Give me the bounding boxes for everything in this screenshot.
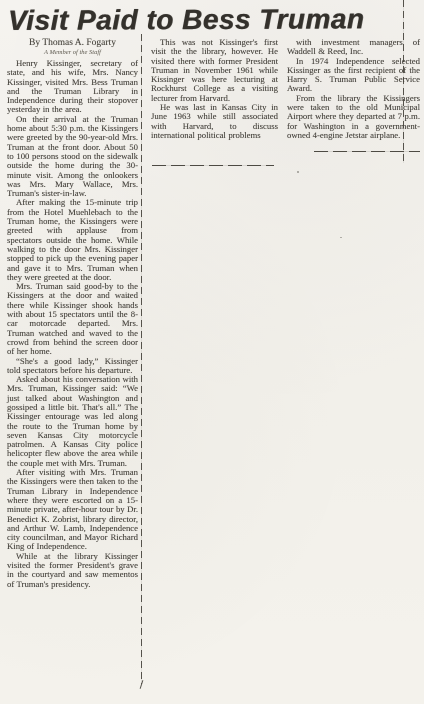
article-paragraph: After visiting with Mrs. Truman the Kiss… [7,468,138,552]
article-paragraph: He was last in Kansas City in June 1963 … [151,103,278,140]
article-headline: Visit Paid to Bess Truman [8,3,420,37]
article-paragraph: “She's a good lady,” Kissinger told spec… [7,357,138,376]
scan-speck [127,296,129,298]
article-paragraph: This was not Kissinger's first visit the… [151,38,278,103]
column-divider-rule [141,34,142,684]
article-column-1: By Thomas A. Fogarty A Member of the Sta… [7,38,138,589]
article-paragraph: While at the library Kissinger visited t… [7,552,138,589]
newspaper-clipping: Visit Paid to Bess Truman By Thomas A. F… [0,0,424,704]
byline: By Thomas A. Fogarty [7,38,138,48]
article-paragraph: After making the 15-minute trip from the… [7,198,138,282]
scan-speck [340,237,342,238]
article-column-3: with investment managers of Waddell & Re… [287,38,420,140]
article-paragraph: with investment managers of Waddell & Re… [287,38,420,57]
article-paragraph: Mrs. Truman said good-by to the Kissinge… [7,282,138,356]
article-paragraph: Henry Kissinger, secretary of state, and… [7,59,138,115]
scan-speck [297,171,299,173]
article-column-2: This was not Kissinger's first visit the… [151,38,278,140]
article-paragraph: In 1974 Independence selected Kissinger … [287,57,420,94]
byline-subtitle: A Member of the Staff [7,49,138,56]
column-2-end-rule [152,165,274,166]
article-paragraph: On their arrival at the Truman home abou… [7,115,138,199]
article-paragraph: From the library the Kissingers were tak… [287,94,420,140]
column-3-end-rule [314,151,420,152]
article-paragraph: Asked about his conversation with Mrs. T… [7,375,138,468]
